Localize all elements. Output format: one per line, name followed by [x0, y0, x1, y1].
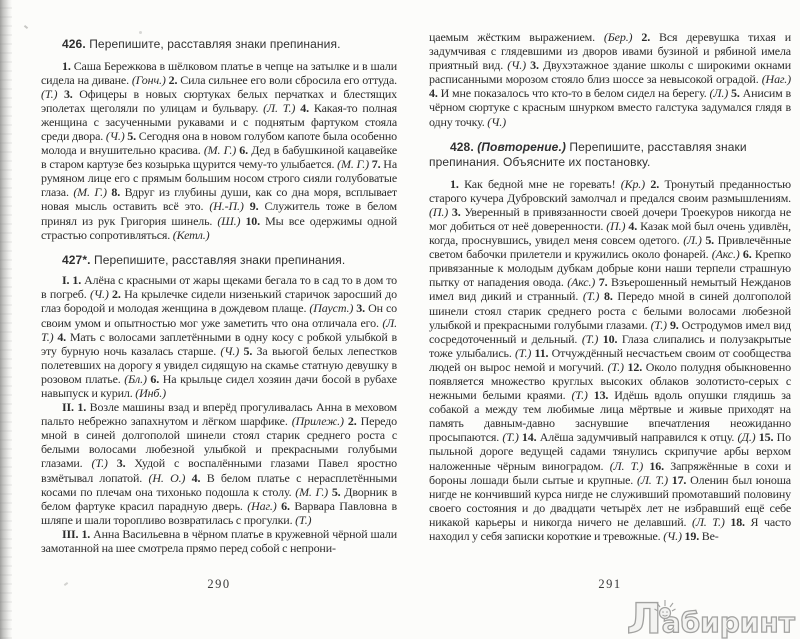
exercise-427-title: Перепишите, расставляя знаки препинания.: [94, 253, 345, 267]
exercise-426-number: 426.: [62, 37, 86, 51]
page-291: цаемым жёстким выражением. (Бер.) 2. Вся…: [429, 0, 791, 639]
book-scan: 426. Перепишите, расставляя знаки препин…: [0, 0, 800, 639]
page-number-291: 291: [429, 577, 791, 592]
exercise-427-part-3: III. 1. Анна Васильевна в чёрном платье …: [41, 527, 397, 555]
labirint-sun-figure-icon: [654, 598, 676, 622]
exercise-427-heading: 427*. Перепишите, расставляя знаки препи…: [41, 253, 397, 269]
exercise-427-continuation-text: цаемым жёстким выражением. (Бер.) 2. Вся…: [429, 30, 791, 129]
labirint-watermark: Л абиринт: [627, 598, 795, 638]
exercise-427-number: 427*.: [62, 253, 91, 267]
exercise-426-text: 1. Саша Бережкова в шёлковом платье в че…: [41, 59, 397, 242]
scan-speck: [24, 25, 28, 29]
exercise-428-label: (Повторение.): [477, 140, 566, 154]
exercise-428-text: 1. Как бедной мне не горевать! (Кр.) 2. …: [429, 177, 791, 543]
labirint-watermark-text: абиринт: [662, 608, 795, 638]
exercise-426-heading: 426. Перепишите, расставляя знаки препин…: [41, 37, 397, 53]
exercise-426-title: Перепишите, расставляя знаки препинания.: [89, 37, 340, 51]
exercise-427-part-2: II. 1. Возле машины взад и вперёд прогул…: [41, 400, 397, 527]
page-edge-strip: [0, 0, 12, 639]
exercise-427-part-1: I. 1. Алёна с красными от жары щеками бе…: [41, 273, 397, 400]
exercise-428-number: 428.: [450, 140, 474, 154]
page-number-290: 290: [41, 577, 397, 592]
page-290: 426. Перепишите, расставляя знаки препин…: [41, 0, 397, 639]
exercise-428-heading: 428. (Повторение.) Перепишите, расставля…: [429, 140, 791, 171]
